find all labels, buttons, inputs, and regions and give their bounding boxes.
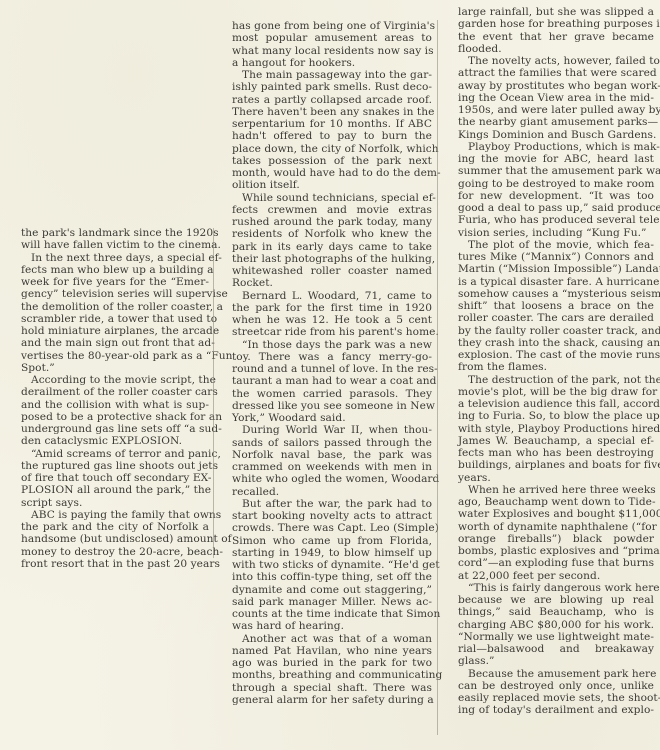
article-line: was hard of hearing. bbox=[232, 620, 432, 632]
article-line: can be destroyed only once, unlike bbox=[458, 680, 654, 692]
article-column-3: large rainfall, but she was slipped agar… bbox=[458, 6, 654, 717]
article-line: of fire that touch off secondary EX- bbox=[21, 472, 209, 484]
article-line: fects man who blew up a building a bbox=[21, 264, 209, 276]
article-line: ing to Furia. So, to blow the place up bbox=[458, 410, 654, 422]
article-line: large rainfall, but she was slipped a bbox=[458, 6, 654, 18]
article-line: somehow causes a “mysterious seismic bbox=[458, 288, 654, 300]
article-line: ago was buried in the park for two bbox=[232, 657, 432, 669]
article-line: with two sticks of dynamite. “He'd get bbox=[232, 559, 432, 571]
article-line: a television audience this fall, accord- bbox=[458, 398, 654, 410]
article-line: the nearby giant amusement parks— bbox=[458, 116, 654, 128]
article-line: olition itself. bbox=[232, 179, 432, 191]
column-divider-2 bbox=[437, 20, 438, 735]
article-line: most popular amusement areas to bbox=[232, 32, 432, 44]
article-line: serpentarium for 10 months. If ABC bbox=[232, 118, 432, 130]
article-line: through a special shaft. There was bbox=[232, 682, 432, 694]
article-line: into this coffin-type thing, set off the bbox=[232, 571, 432, 583]
column-divider-1 bbox=[213, 228, 214, 558]
article-line: general alarm for her safety during a bbox=[232, 694, 432, 706]
article-line: when he was 12. He took a 5 cent bbox=[232, 314, 432, 326]
article-column-2: has gone from being one of Virginia'smos… bbox=[232, 20, 432, 706]
article-line: taurant a man had to wear a coat and bbox=[232, 375, 432, 387]
article-line: explosion. The cast of the movie runs bbox=[458, 349, 654, 361]
article-line: ishly painted park smells. Rust deco- bbox=[232, 81, 432, 93]
article-line: Rocket. bbox=[232, 277, 432, 289]
article-line: Spot.” bbox=[21, 362, 209, 374]
article-line: the ruptured gas line shoots out jets bbox=[21, 460, 209, 472]
article-line: and the main sign out front that ad- bbox=[21, 337, 209, 349]
article-line: away by prostitutes who began work- bbox=[458, 80, 654, 92]
article-line: week for five years for the “Emer- bbox=[21, 276, 209, 288]
article-line: fects man who has been destroying bbox=[458, 447, 654, 459]
article-line: The novelty acts, however, failed to bbox=[458, 55, 654, 67]
article-line: dynamite and come out staggering,” bbox=[232, 584, 432, 596]
article-line: orange fireballs”) black powder bbox=[458, 533, 654, 545]
article-line: water Explosives and bought $11,000 bbox=[458, 508, 654, 520]
article-line: Simon who came up from Florida, bbox=[232, 535, 432, 547]
article-line: derailment of the roller coaster cars bbox=[21, 386, 209, 398]
article-line: “Amid screams of terror and panic, bbox=[21, 448, 209, 460]
article-line: Bernard L. Woodard, 71, came to bbox=[232, 290, 432, 302]
article-line: the demolition of the roller coaster, a bbox=[21, 301, 209, 313]
article-line: PLOSION all around the park,” the bbox=[21, 484, 209, 496]
article-line: script says. bbox=[21, 497, 209, 509]
article-line: what many local residents now say is bbox=[232, 45, 432, 57]
article-line: rates a partly collapsed arcade roof. bbox=[232, 94, 432, 106]
article-line: at 22,000 feet per second. bbox=[458, 570, 654, 582]
article-line: According to the movie script, the bbox=[21, 374, 209, 386]
article-line: takes possession of the park next bbox=[232, 155, 432, 167]
article-line: worth of dynamite naphthalene (“for bbox=[458, 521, 654, 533]
article-line: will have fallen victim to the cinema. bbox=[21, 239, 209, 251]
article-line: has gone from being one of Virginia's bbox=[232, 20, 432, 32]
article-line: starting in 1949, to blow himself up bbox=[232, 547, 432, 559]
article-line: months, breathing and communicating bbox=[232, 669, 432, 681]
article-line: charging ABC $80,000 for his work. bbox=[458, 619, 654, 631]
newspaper-page: the park's landmark since the 1920swill … bbox=[0, 0, 660, 750]
article-line: bombs, plastic explosives and “prima- bbox=[458, 545, 654, 557]
article-line: a hangout for hookers. bbox=[232, 57, 432, 69]
article-line: Another act was that of a woman bbox=[232, 633, 432, 645]
article-line: But after the war, the park had to bbox=[232, 498, 432, 510]
article-line: easily replaced movie sets, the shoot- bbox=[458, 692, 654, 704]
article-line: park in its early days came to take bbox=[232, 241, 432, 253]
article-line: toy. There was a fancy merry-go- bbox=[232, 351, 432, 363]
article-line: things,” said Beauchamp, who is bbox=[458, 606, 654, 618]
article-line: recalled. bbox=[232, 486, 432, 498]
article-line: garden hose for breathing purposes in bbox=[458, 18, 654, 30]
article-line: 1950s, and were later pulled away by bbox=[458, 104, 654, 116]
article-line: from the flames. bbox=[458, 361, 654, 373]
article-line: ing the movie for ABC, heard last bbox=[458, 153, 654, 165]
article-line: When he arrived here three weeks bbox=[458, 484, 654, 496]
article-line: rushed around the park today, many bbox=[232, 216, 432, 228]
article-line: said park manager Miller. News ac- bbox=[232, 596, 432, 608]
article-line: round and a tunnel of love. In the res- bbox=[232, 363, 432, 375]
article-line: start booking novelty acts to attract bbox=[232, 510, 432, 522]
article-line: flooded. bbox=[458, 43, 654, 55]
article-line: York,” Woodard said. bbox=[232, 412, 432, 424]
article-line: ing the Ocean View area in the mid- bbox=[458, 92, 654, 104]
article-line: handsome (but undisclosed) amount of bbox=[21, 533, 209, 545]
article-line: movie's plot, will be the big draw for bbox=[458, 386, 654, 398]
article-line: place down, the city of Norfolk, which bbox=[232, 143, 432, 155]
article-line: is a typical disaster fare. A hurricane bbox=[458, 276, 654, 288]
article-line: the event that her grave became bbox=[458, 31, 654, 43]
article-line: Kings Dominion and Busch Gardens. bbox=[458, 129, 654, 141]
article-line: residents of Norfolk who knew the bbox=[232, 228, 432, 240]
article-line: sands of sailors passed through the bbox=[232, 437, 432, 449]
article-line: “Normally we use lightweight mate- bbox=[458, 631, 654, 643]
article-line: The destruction of the park, not the bbox=[458, 374, 654, 386]
article-line: summer that the amusement park was bbox=[458, 165, 654, 177]
article-line: buildings, airplanes and boats for five bbox=[458, 459, 654, 471]
article-line: dressed like you see someone in New bbox=[232, 400, 432, 412]
article-line: Furia, who has produced several tele- bbox=[458, 214, 654, 226]
article-line: During World War II, when thou- bbox=[232, 424, 432, 436]
article-line: with style, Playboy Productions hired bbox=[458, 423, 654, 435]
article-line: tures Mike (“Mannix”) Connors and bbox=[458, 251, 654, 263]
article-line: their last photographs of the hulking, bbox=[232, 253, 432, 265]
article-line: by the faulty roller coaster track, and bbox=[458, 325, 654, 337]
article-line: Martin (“Mission Impossible”) Landau, bbox=[458, 263, 654, 275]
article-line: ing of today's derailment and explo- bbox=[458, 704, 654, 716]
article-line: cord”—an exploding fuse that burns bbox=[458, 557, 654, 569]
article-line: month, would have had to do the dem- bbox=[232, 167, 432, 179]
article-line: scrambler ride, a tower that used to bbox=[21, 313, 209, 325]
article-line: In the next three days, a special ef- bbox=[21, 252, 209, 264]
article-line: money to destroy the 20-acre, beach- bbox=[21, 546, 209, 558]
article-line: the park and the city of Norfolk a bbox=[21, 521, 209, 533]
article-line: “This is fairly dangerous work here bbox=[458, 582, 654, 594]
article-line: “In those days the park was a new bbox=[232, 339, 432, 351]
article-line: whitewashed roller coaster named bbox=[232, 265, 432, 277]
article-line: named Pat Havilan, who nine years bbox=[232, 645, 432, 657]
article-line: underground gas line sets off “a sud- bbox=[21, 423, 209, 435]
article-line: vision series, including “Kung Fu.” bbox=[458, 227, 654, 239]
article-line: There haven't been any snakes in the bbox=[232, 106, 432, 118]
article-line: The plot of the movie, which fea- bbox=[458, 239, 654, 251]
article-line: years. bbox=[458, 472, 654, 484]
article-line: ago, Beauchamp went down to Tide- bbox=[458, 496, 654, 508]
article-line: hadn't offered to pay to burn the bbox=[232, 130, 432, 142]
article-line: shift” that loosens a brace on the bbox=[458, 300, 654, 312]
article-column-1: the park's landmark since the 1920swill … bbox=[21, 227, 209, 570]
article-line: they crash into the shack, causing an bbox=[458, 337, 654, 349]
article-line: attract the families that were scared bbox=[458, 67, 654, 79]
article-line: vertises the 80-year-old park as a “Fun bbox=[21, 350, 209, 362]
article-line: ABC is paying the family that owns bbox=[21, 509, 209, 521]
article-line: crammed on weekends with men in bbox=[232, 461, 432, 473]
article-line: the women carried parasols. They bbox=[232, 388, 432, 400]
article-line: While sound technicians, special ef- bbox=[232, 192, 432, 204]
article-line: front resort that in the past 20 years bbox=[21, 558, 209, 570]
article-line: gency” television series will supervise bbox=[21, 288, 209, 300]
article-line: Norfolk naval base, the park was bbox=[232, 449, 432, 461]
article-line: The main passageway into the gar- bbox=[232, 69, 432, 81]
article-line: counts at the time indicate that Simon bbox=[232, 608, 432, 620]
article-line: den cataclysmic EXPLOSION. bbox=[21, 435, 209, 447]
article-line: rial—balsawood and breakaway bbox=[458, 643, 654, 655]
article-line: because we are blowing up real bbox=[458, 594, 654, 606]
article-line: Playboy Productions, which is mak- bbox=[458, 141, 654, 153]
article-line: streetcar ride from his parent's home. bbox=[232, 326, 432, 338]
article-line: fects crewmen and movie extras bbox=[232, 204, 432, 216]
article-line: roller coaster. The cars are derailed bbox=[458, 312, 654, 324]
article-line: the park for the first time in 1920 bbox=[232, 302, 432, 314]
article-line: and the collision with what is sup- bbox=[21, 399, 209, 411]
article-line: crowds. There was Capt. Leo (Simple) bbox=[232, 522, 432, 534]
article-line: posed to be a protective shack for an bbox=[21, 411, 209, 423]
article-line: good a deal to pass up,” said producer bbox=[458, 202, 654, 214]
article-line: the park's landmark since the 1920s bbox=[21, 227, 209, 239]
article-line: Because the amusement park here bbox=[458, 668, 654, 680]
article-line: going to be destroyed to make room bbox=[458, 178, 654, 190]
article-line: hold miniature airplanes, the arcade bbox=[21, 325, 209, 337]
article-line: white who ogled the women, Woodard bbox=[232, 473, 432, 485]
article-line: for new development. “It was too bbox=[458, 190, 654, 202]
article-line: glass.” bbox=[458, 655, 654, 667]
article-line: James W. Beauchamp, a special ef- bbox=[458, 435, 654, 447]
